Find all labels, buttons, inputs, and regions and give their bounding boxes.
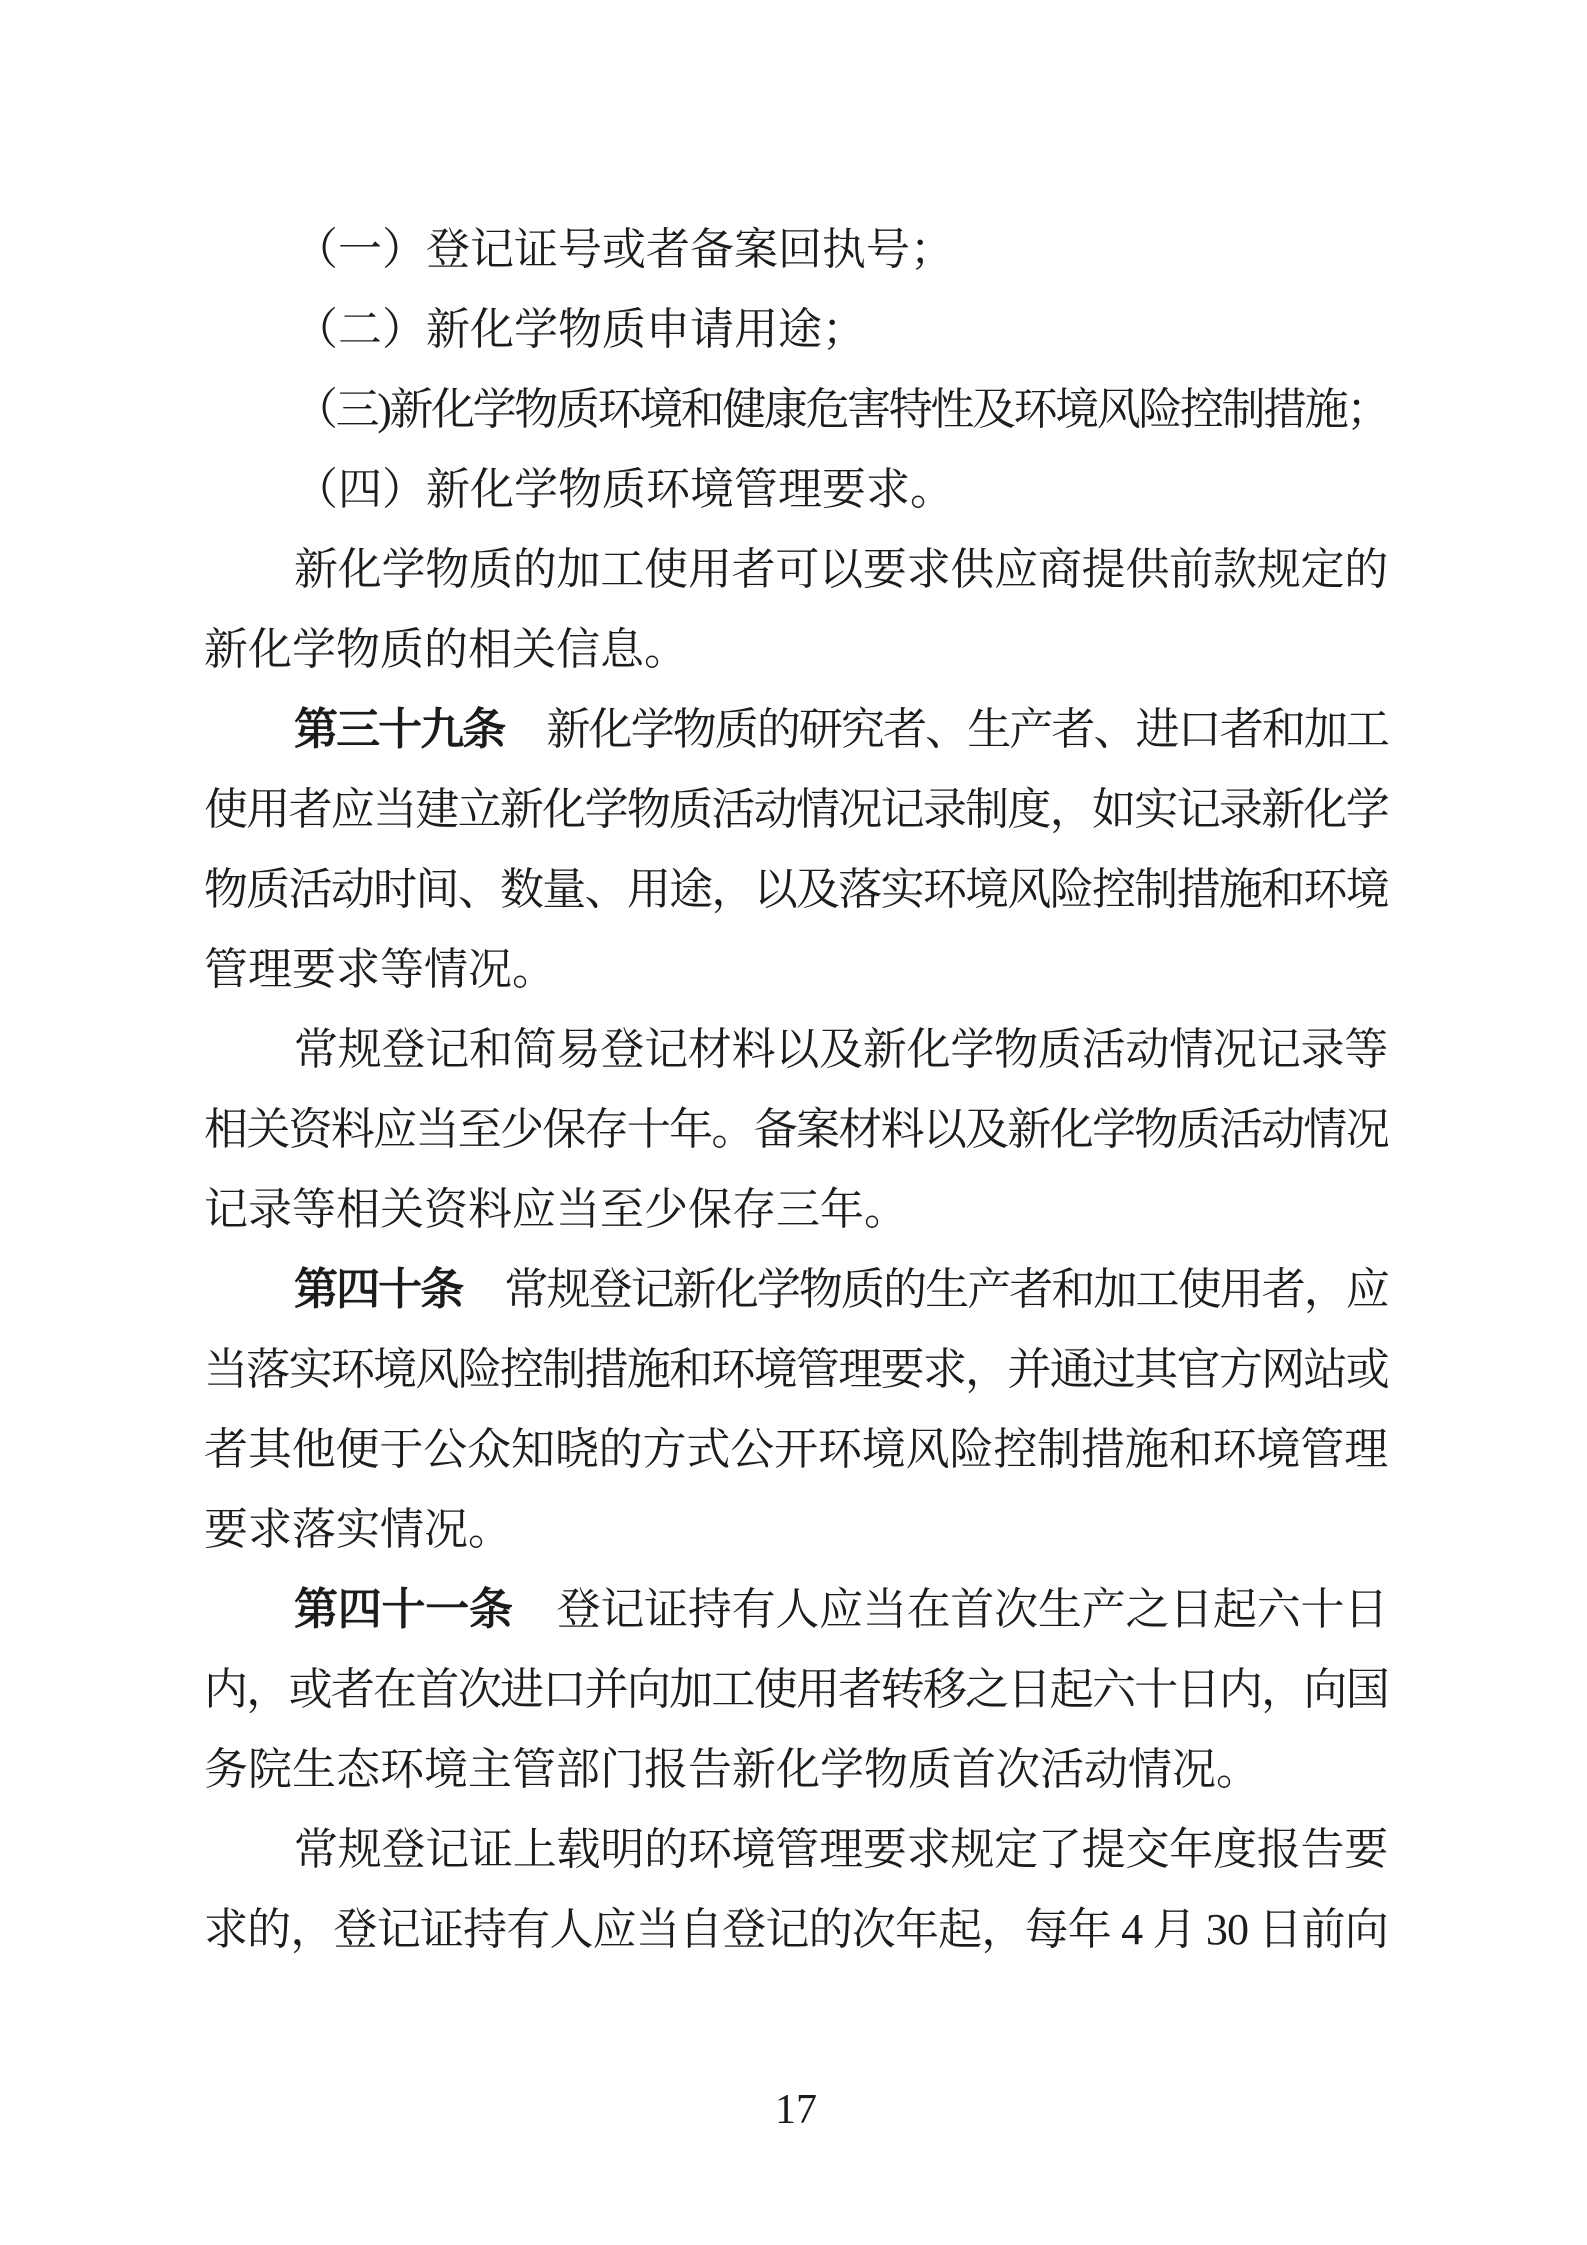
text-line-content: 内，或者在首次进口并向加工使用者转移之日起六十日内，向国 [204, 1650, 1388, 1730]
line-text: 常规登记证上载明的环境管理要求规定了提交年度报告要 [294, 1825, 1388, 1874]
line-text: 当落实环境风险控制措施和环境管理要求，并通过其官方网站或 [204, 1345, 1388, 1394]
text-line: （四）新化学物质环境管理要求。 [204, 450, 1388, 530]
text-line: （一）登记证号或者备案回执号； [204, 210, 1388, 290]
line-text: 务院生态环境主管部门报告新化学物质首次活动情况。 [204, 1745, 1260, 1794]
text-line: 记录等相关资料应当至少保存三年。 [204, 1170, 1388, 1250]
text-line: 管理要求等情况。 [204, 930, 1388, 1010]
text-line-content: 第三十九条 新化学物质的研究者、生产者、进口者和加工 [294, 690, 1388, 770]
text-line: （二）新化学物质申请用途； [204, 290, 1388, 370]
text-line-content: 记录等相关资料应当至少保存三年。 [204, 1170, 908, 1250]
text-line-content: 常规登记证上载明的环境管理要求规定了提交年度报告要 [294, 1810, 1388, 1890]
text-line-content: 常规登记和简易登记材料以及新化学物质活动情况记录等 [294, 1010, 1388, 1090]
text-line: （三)新化学物质环境和健康危害特性及环境风险控制措施； [204, 370, 1388, 450]
line-text: 者其他便于公众知晓的方式公开环境风险控制措施和环境管理 [204, 1425, 1388, 1474]
line-text: 常规登记和简易登记材料以及新化学物质活动情况记录等 [294, 1025, 1388, 1074]
line-text: 内，或者在首次进口并向加工使用者转移之日起六十日内，向国 [204, 1665, 1388, 1714]
line-text: 记录等相关资料应当至少保存三年。 [204, 1185, 908, 1234]
text-line-content: 使用者应当建立新化学物质活动情况记录制度，如实记录新化学 [204, 770, 1388, 850]
text-line: 新化学物质的加工使用者可以要求供应商提供前款规定的 [204, 530, 1388, 610]
line-text: 要求落实情况。 [204, 1505, 512, 1554]
text-line-content: 新化学物质的相关信息。 [204, 610, 688, 690]
text-line: 内，或者在首次进口并向加工使用者转移之日起六十日内，向国 [204, 1650, 1388, 1730]
text-line-content: 管理要求等情况。 [204, 930, 556, 1010]
line-text: 管理要求等情况。 [204, 945, 556, 994]
text-line-content: 第四十一条 登记证持有人应当在首次生产之日起六十日 [294, 1570, 1388, 1650]
text-line-content: 新化学物质的加工使用者可以要求供应商提供前款规定的 [294, 530, 1388, 610]
document-page: （一）登记证号或者备案回执号；（二）新化学物质申请用途；（三)新化学物质环境和健… [0, 0, 1587, 2245]
text-line: 第四十一条 登记证持有人应当在首次生产之日起六十日 [204, 1570, 1388, 1650]
line-text: 登记证持有人应当在首次生产之日起六十日 [513, 1585, 1388, 1634]
line-text: （三)新化学物质环境和健康危害特性及环境风险控制措施； [294, 385, 1388, 434]
text-line-content: 相关资料应当至少保存十年。备案材料以及新化学物质活动情况 [204, 1090, 1388, 1170]
line-text: （一）登记证号或者备案回执号； [294, 225, 954, 274]
article-number: 第四十条 [294, 1265, 462, 1314]
text-line: 使用者应当建立新化学物质活动情况记录制度，如实记录新化学 [204, 770, 1388, 850]
text-line: 新化学物质的相关信息。 [204, 610, 1388, 690]
text-line: 求的，登记证持有人应当自登记的次年起，每年 4 月 30 日前向 [204, 1890, 1388, 1970]
text-line-content: 务院生态环境主管部门报告新化学物质首次活动情况。 [204, 1730, 1260, 1810]
line-text: （二）新化学物质申请用途； [294, 305, 866, 354]
line-text: 常规登记新化学物质的生产者和加工使用者，应 [462, 1265, 1388, 1314]
text-line: 者其他便于公众知晓的方式公开环境风险控制措施和环境管理 [204, 1410, 1388, 1490]
line-text: 新化学物质的研究者、生产者、进口者和加工 [504, 705, 1388, 754]
text-line-content: （三)新化学物质环境和健康危害特性及环境风险控制措施； [294, 370, 1388, 450]
article-number: 第三十九条 [294, 705, 504, 754]
text-line-content: （四）新化学物质环境管理要求。 [294, 450, 954, 530]
text-line: 物质活动时间、数量、用途，以及落实环境风险控制措施和环境 [204, 850, 1388, 930]
text-line: 第三十九条 新化学物质的研究者、生产者、进口者和加工 [204, 690, 1388, 770]
text-line: 当落实环境风险控制措施和环境管理要求，并通过其官方网站或 [204, 1330, 1388, 1410]
text-line-content: 当落实环境风险控制措施和环境管理要求，并通过其官方网站或 [204, 1330, 1388, 1410]
text-line: 常规登记和简易登记材料以及新化学物质活动情况记录等 [204, 1010, 1388, 1090]
text-line-content: 第四十条 常规登记新化学物质的生产者和加工使用者，应 [294, 1250, 1388, 1330]
text-line-content: 者其他便于公众知晓的方式公开环境风险控制措施和环境管理 [204, 1410, 1388, 1490]
text-line-content: 要求落实情况。 [204, 1490, 512, 1570]
line-text: 求的，登记证持有人应当自登记的次年起，每年 4 月 30 日前向 [204, 1905, 1388, 1954]
line-text: 新化学物质的相关信息。 [204, 625, 688, 674]
line-text: （四）新化学物质环境管理要求。 [294, 465, 954, 514]
line-text: 新化学物质的加工使用者可以要求供应商提供前款规定的 [294, 545, 1388, 594]
document-body: （一）登记证号或者备案回执号；（二）新化学物质申请用途；（三)新化学物质环境和健… [204, 210, 1388, 1970]
text-line: 务院生态环境主管部门报告新化学物质首次活动情况。 [204, 1730, 1388, 1810]
text-line: 第四十条 常规登记新化学物质的生产者和加工使用者，应 [204, 1250, 1388, 1330]
page-number: 17 [204, 2086, 1388, 2134]
text-line-content: （一）登记证号或者备案回执号； [294, 210, 954, 290]
text-line-content: 求的，登记证持有人应当自登记的次年起，每年 4 月 30 日前向 [204, 1890, 1388, 1970]
text-line: 相关资料应当至少保存十年。备案材料以及新化学物质活动情况 [204, 1090, 1388, 1170]
line-text: 物质活动时间、数量、用途，以及落实环境风险控制措施和环境 [204, 865, 1388, 914]
text-line: 常规登记证上载明的环境管理要求规定了提交年度报告要 [204, 1810, 1388, 1890]
article-number: 第四十一条 [294, 1585, 513, 1634]
text-line-content: 物质活动时间、数量、用途，以及落实环境风险控制措施和环境 [204, 850, 1388, 930]
line-text: 使用者应当建立新化学物质活动情况记录制度，如实记录新化学 [204, 785, 1388, 834]
text-line: 要求落实情况。 [204, 1490, 1388, 1570]
line-text: 相关资料应当至少保存十年。备案材料以及新化学物质活动情况 [204, 1105, 1388, 1154]
text-line-content: （二）新化学物质申请用途； [294, 290, 866, 370]
